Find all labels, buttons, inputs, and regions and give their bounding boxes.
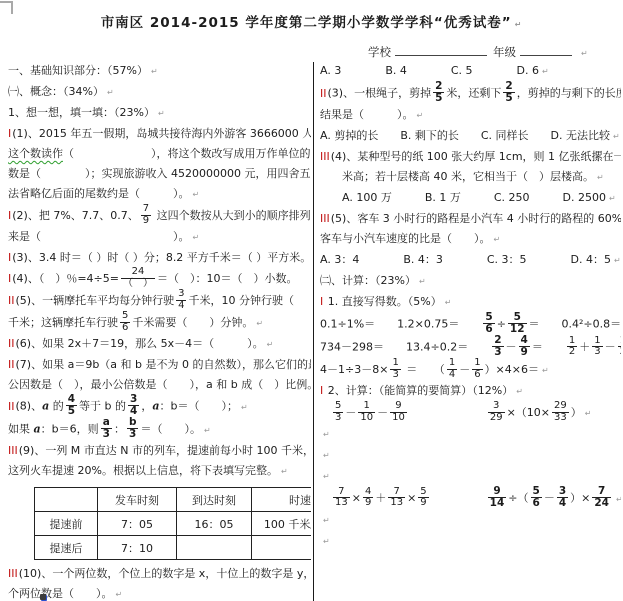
text-run: 客车与小汽车速度的比是（ ）。 [320,232,491,245]
paragraph-mark: ↵ [116,590,123,599]
table-cell: 提速后 [35,536,98,560]
table-header-cell: 时速 [252,488,312,512]
fraction: 16 [472,358,482,380]
text-run: ＝ [532,341,565,354]
question-marker: II [8,400,15,413]
text-line: ↵ [320,445,621,466]
text-line: ㈠、概念：（34%）↵ [8,82,311,103]
text-run: － [544,492,555,505]
text-line: II(6)、如果 2x＋7＝19，那么 5x－4＝（ ）。↵ [8,334,311,355]
table-cell: 16：05 [177,512,252,536]
school-label: 学校 [368,45,391,59]
fraction: 45 [66,394,77,417]
text-run: (5)、一辆摩托车平均每分钟行驶 [16,294,175,307]
table-cell: 100 千米/小时 [252,512,312,536]
text-run: － [377,406,388,419]
text-run: 个两位数是（ ）。 [8,587,113,600]
exam-paper: 市南区 2014-2015 学年度第二学期小学数学学科“优秀试卷”↵ 学校年级↵… [0,0,623,601]
text-run: ＝（ ）：10＝（ ）小数。 [157,272,298,285]
text-run: ㈡、计算：（23%） [320,274,416,287]
text-run: A. 3 B. 4 C. 5 D. 6 [320,64,539,77]
fraction: b3 [127,417,139,440]
question-marker: III [8,567,18,580]
question-marker: III [320,212,330,225]
text-line: I(1)、2015 年五一假期，岛城共接待海内外游客 3666000 人次， [8,124,311,144]
fraction: 512 [508,312,527,335]
text-run: 这四个数按从大到小的顺序排列起 [153,209,311,222]
fraction: 49 [363,487,373,509]
text-run: ＝ 0.4²÷0.8＝ [529,318,621,331]
fraction: a3 [101,417,112,440]
text-run: 米，还剩下 [446,87,501,100]
fraction: 25 [433,81,444,104]
text-run: ＝ （ [403,363,445,376]
paragraph-mark: ↵ [585,409,592,418]
text-line: A. 剪掉的长 B. 剩下的长 C. 同样长 D. 无法比较↵ [320,126,621,147]
paragraph-mark: ↵ [542,67,549,76]
text-run: 1、想一想，填一填：（23%） [8,106,155,119]
text-run: ＋ [375,492,386,505]
text-run: 等于 b 的 [79,400,126,413]
text-line: ↵ [320,531,621,552]
text-run [320,492,331,505]
question-marker: I [320,384,323,397]
text-run: (4)、（ ）％=4÷5= [12,272,119,285]
text-line: 1、想一想，填一填：（23%）↵ [8,103,311,124]
paragraph-mark: ↵ [281,467,288,476]
text-run [320,406,331,419]
grade-blank-field [520,42,572,56]
text-run: A. 100 万 B. 1 万 C. 250 D. 2500 [320,191,606,204]
text-line: I 2、计算：（能简算的要简算）（12%）↵ [320,381,621,402]
paragraph-mark: ↵ [417,111,424,120]
table-cell: 7：10 [98,536,177,560]
page-corner-mark [40,594,46,600]
table-header-cell: 到达时刻 [177,488,252,512]
question-marker: III [8,444,18,457]
text-run: A. 剪掉的长 B. 剩下的长 C. 同样长 D. 无法比较 [320,129,610,142]
text-run: (3)、一根绳子，剪掉 [328,87,432,100]
text-line: ㈡、计算：（23%）↵ [320,271,621,292]
text-run: ）×4×6＝ [485,363,539,376]
text-run: (1)、2015 年五一假期，岛城共接待海内外游客 3666000 人次， [12,127,311,140]
text-line: III(10)、一个两位数，个位上的数字是 x，十位上的数字是 y，这 [8,564,311,584]
text-run: ÷ [497,318,506,331]
fraction: 2933 [552,401,569,423]
text-run: (2)、把 7%、7.7、0.7、 [12,209,139,222]
text-run: 734－298＝ 13.4÷0.2＝ [320,341,490,354]
text-run: ＋ [579,341,590,354]
table-header-cell: 发车时刻 [98,488,177,512]
text-line: I 1. 直接写得数。（5%）↵ [320,292,621,313]
text-line: 客车与小汽车速度的比是（ ）。↵ [320,229,621,250]
column-divider [313,62,314,601]
table-cell [177,536,252,560]
fraction: 12 [567,336,577,358]
return-mark: ↵ [581,49,588,58]
fraction: 24（ ） [121,267,155,289]
question-marker: II [320,87,327,100]
fraction: 34 [176,289,186,311]
text-run: 法省略亿后面的尾数约是（ ）。 [8,187,190,200]
fraction: 34 [128,394,139,417]
text-run: ㈠、概念：（34%） [8,85,104,98]
paragraph-mark: ↵ [542,366,549,375]
question-marker: II [8,337,15,350]
fraction: 12 [618,336,621,358]
text-run: ：b＝6，则 [41,423,99,436]
paragraph-mark: ↵ [323,516,330,525]
return-mark: ↵ [515,20,523,29]
text-run: ÷（ [508,492,528,505]
text-line: A. 3：4 B. 4：3 C. 3：5 D. 4：5↵ [320,250,621,271]
text-line: ↵ [320,510,621,531]
text-run: 1. 直接写得数。（5%） [324,295,441,308]
school-blank-field [395,42,487,56]
text-line: 713×49＋713×59 914÷（56－34）×724↵ [320,487,621,510]
fraction: 914 [488,486,507,509]
text-run: － [345,406,356,419]
text-line: A. 3 B. 4 C. 5 D. 6↵ [320,61,621,82]
paragraph-mark: ↵ [193,233,200,242]
fraction: 713 [333,487,350,509]
question-marker: II [8,358,15,371]
text-line: 这列火车提速 20%。根据以上信息，将下表填写完整。↵ [8,461,311,482]
text-run: × [352,492,361,505]
right-column: A. 3 B. 4 C. 5 D. 6↵II(3)、一根绳子，剪掉25米，还剩下… [320,61,621,601]
fraction: 49 [519,335,530,358]
text-line: 个两位数是（ ）。↵ [8,584,311,601]
text-run [409,406,486,419]
text-run [431,492,486,505]
text-run: 千米，10 分钟行驶（ ） [188,294,311,307]
text-run: 千米需要（ ）分钟。 [132,316,253,329]
fraction: 23 [492,335,503,358]
text-run: 4－1÷3－8× [320,363,388,376]
text-run: (3)、3.4 时＝（ ）时（ ）分；8.2 平方千米＝（ ）平方米。 [12,251,311,264]
text-line: I(2)、把 7%、7.7、0.7、79 这四个数按从大到小的顺序排列起 [8,205,311,227]
text-line: II(5)、一辆摩托车平均每分钟行驶34千米，10 分钟行驶（ ） [8,290,311,312]
spellcheck-text: 这个数读作 [8,147,63,160]
text-line: 4－1÷3－8×13 ＝ （14－16）×4×6＝↵ [320,359,621,381]
fraction: 110 [358,401,375,423]
text-run: ，剪掉的与剩下的长度比， [517,87,621,100]
text-run: 2、计算：（能简算的要简算）（12%） [324,384,513,397]
text-run: ） [571,406,582,419]
paragraph-mark: ↵ [204,426,211,435]
table-header-cell [35,488,98,512]
variable: a [34,423,41,436]
text-line: 米高；若十层楼高 40 米，它相当于（ ）层楼高。↵ [320,167,621,188]
question-marker: II [8,294,15,307]
text-line: 法省略亿后面的尾数约是（ ）。↵ [8,184,311,205]
text-run: (5)、客车 3 小时行的路程是小汽车 4 小时行的路程的 60%， [331,212,621,225]
text-line: A. 100 万 B. 1 万 C. 250 D. 2500↵ [320,188,621,209]
fraction: 14 [447,358,457,380]
fraction: 13 [390,358,400,380]
table-cell: 提速前 [35,512,98,536]
left-column: 一、基础知识部分：（57%）↵㈠、概念：（34%）↵1、想一想，填一填：（23%… [8,61,311,601]
text-line: I(4)、（ ）％=4÷5=24（ ）＝（ ）：10＝（ ）小数。 [8,268,311,290]
text-run: 米高；若十层楼高 40 米，它相当于（ ）层楼高。 [320,170,594,183]
text-line: 来是（ ）。↵ [8,227,311,248]
question-marker: III [320,150,330,163]
paragraph-mark: ↵ [241,403,248,412]
text-run: ：b＝（ ）； [159,400,237,413]
text-run: 如果 [8,423,34,436]
text-line: 53－110－910 329×（10×2933）↵ [320,402,621,424]
text-run: （ ），将这个数改写成用万作单位的 [63,147,311,160]
text-run: × [407,492,416,505]
text-run: (7)、如果 a＝9b（a 和 b 是不为 0 的自然数），那么它们的最大 [16,358,312,371]
text-run: － [605,341,616,354]
text-run: (9)、一列 M 市直达 N 市的列车，提速前每小时 100 千米，现在 [19,444,311,457]
text-line: III(5)、客车 3 小时行的路程是小汽车 4 小时行的路程的 60%， [320,209,621,229]
text-line: ↵ [320,466,621,487]
text-run: ）× [570,492,590,505]
exam-title-text: 市南区 2014-2015 学年度第二学期小学数学学科“优秀试卷” [101,15,512,31]
paragraph-mark: ↵ [256,319,263,328]
text-run: 千米；这辆摩托车行驶 [8,316,118,329]
fraction: 59 [418,487,428,509]
fraction: 13 [592,336,602,358]
paragraph-mark: ↵ [323,451,330,460]
fraction: 79 [141,204,151,226]
text-run: － [506,341,517,354]
fraction: 34 [557,486,568,509]
text-run: 的 [49,400,64,413]
text-run: (8)、 [16,400,43,413]
text-run: (10)、一个两位数，个位上的数字是 x，十位上的数字是 y，这 [19,567,311,580]
text-run: 公因数是（ ），最小公倍数是（ ），a 和 b 成（ ）比例。 [8,378,311,391]
text-line: II(3)、一根绳子，剪掉25米，还剩下25，剪掉的与剩下的长度比， [320,82,621,105]
fraction: 724 [592,486,611,509]
school-grade-line: 学校年级↵ [368,42,588,60]
table-cell: 7：05 [98,512,177,536]
paragraph-mark: ↵ [445,298,452,307]
text-run: (4)、某种型号的纸 100 张大约厚 1cm，则 1 亿张纸摞在一（ ） [331,150,621,163]
text-line: III(9)、一列 M 市直达 N 市的列车，提速前每小时 100 千米，现在 [8,441,311,461]
text-run: 一、基础知识部分：（57%） [8,64,148,77]
fraction: 56 [531,486,542,509]
text-run: ， [141,400,152,413]
text-line: 这个数读作（ ），将这个数改写成用万作单位的 [8,144,311,164]
paragraph-mark: ↵ [107,88,114,97]
paragraph-mark: ↵ [323,472,330,481]
text-line: II(8)、a 的45等于 b 的34，a：b＝（ ）；↵ [8,395,311,418]
fraction: 713 [388,487,405,509]
fraction: 329 [488,401,505,423]
page-title: 市南区 2014-2015 学年度第二学期小学数学学科“优秀试卷”↵ [0,11,623,31]
paragraph-mark: ↵ [597,173,604,182]
fraction: 56 [483,312,494,335]
speed-table: 发车时刻到达时刻时速提速前7：0516：05100 千米/小时提速后7：10 [34,487,311,560]
text-run: 这列火车提速 20%。根据以上信息，将下表填写完整。 [8,464,278,477]
text-line: 一、基础知识部分：（57%）↵ [8,61,311,82]
text-line: II(7)、如果 a＝9b（a 和 b 是不为 0 的自然数），那么它们的最大 [8,355,311,375]
text-run: 数是（ ）；实现旅游收入 4520000000 元，用四舍五入 [8,167,311,180]
text-run: ： [114,423,125,436]
text-run: ＝（ ）。 [140,423,201,436]
paragraph-mark: ↵ [323,537,330,546]
paragraph-mark: ↵ [151,67,158,76]
question-marker: I [8,127,11,140]
grade-label: 年级 [493,45,516,59]
paragraph-mark: ↵ [516,387,523,396]
text-run: 来是（ ）。 [8,230,190,243]
text-run: 0.1÷1%＝ 1.2×0.75＝ [320,318,481,331]
paragraph-mark: ↵ [494,235,501,244]
text-run: － [459,363,470,376]
text-line: III(4)、某种型号的纸 100 张大约厚 1cm，则 1 亿张纸摞在一（ ） [320,147,621,167]
paragraph-mark: ↵ [267,340,274,349]
paragraph-mark: ↵ [323,430,330,439]
paragraph-mark: ↵ [613,132,620,141]
question-marker: I [320,295,323,308]
paragraph-mark: ↵ [158,109,165,118]
text-line: 千米；这辆摩托车行驶56千米需要（ ）分钟。↵ [8,312,311,334]
text-line: 0.1÷1%＝ 1.2×0.75＝ 56÷512＝ 0.4²÷0.8＝↵ [320,313,621,336]
fraction: 53 [333,401,343,423]
paragraph-mark: ↵ [193,190,200,199]
paragraph-mark: ↵ [616,495,621,504]
text-run: 结果是（ ）。 [320,108,414,121]
question-marker: I [8,209,11,222]
text-line: ↵ [320,424,621,445]
text-line: I(3)、3.4 时＝（ ）时（ ）分；8.2 平方千米＝（ ）平方米。 [8,248,311,268]
text-line: 公因数是（ ），最小公倍数是（ ），a 和 b 成（ ）比例。 [8,375,311,395]
question-marker: I [8,251,11,264]
text-line: 734－298＝ 13.4÷0.2＝ 23－49＝ 12＋13－12＋13＝↵ [320,336,621,359]
fraction: 25 [503,81,514,104]
question-marker: I [8,272,11,285]
paragraph-mark: ↵ [614,256,621,265]
text-line: 数是（ ）；实现旅游收入 4520000000 元，用四舍五入 [8,164,311,184]
paragraph-mark: ↵ [609,194,616,203]
table-cell [252,536,312,560]
fraction: 910 [390,401,407,423]
text-run: A. 3：4 B. 4：3 C. 3：5 D. 4：5 [320,253,611,266]
text-run: (6)、如果 2x＋7＝19，那么 5x－4＝（ ）。 [16,337,264,350]
text-line: 结果是（ ）。↵ [320,105,621,126]
text-run: ×（10× [507,406,550,419]
fraction: 56 [120,311,130,333]
text-line: 如果 a：b＝6，则a3：b3＝（ ）。↵ [8,418,311,441]
paragraph-mark: ↵ [419,277,426,286]
